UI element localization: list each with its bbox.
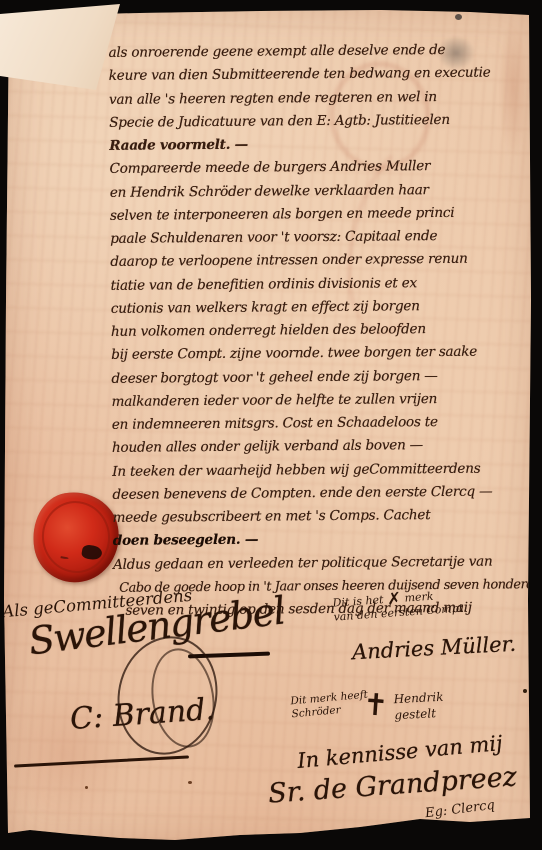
manuscript-line: In teeken der waarheijd hebben wij geCom…	[112, 457, 536, 484]
schroder-caption-line4: gestelt	[394, 705, 445, 724]
paper-speck	[188, 781, 192, 784]
paper-speck	[85, 786, 88, 789]
scanned-document: als onroerende geene exempt alle deselve…	[0, 0, 542, 850]
cross-mark: ✝	[362, 687, 390, 724]
manuscript-line: Aldus gedaan en verleeden ter politicque…	[113, 550, 537, 577]
schroder-mark-caption-right: Hendrik gestelt	[393, 689, 444, 724]
schroder-caption-line3: Hendrik	[393, 689, 444, 708]
manuscript-line: keure van dien Submitteerende ten bedwan…	[109, 61, 533, 88]
manuscript-line: bij eerste Compt. zijne voornde. twee bo…	[111, 340, 535, 367]
paper-speck	[534, 331, 539, 336]
manuscript-line: deesen benevens de Compten. ende den eer…	[112, 480, 536, 507]
manuscript-text: als onroerende geene exempt alle deselve…	[108, 38, 537, 623]
wax-seal-speck	[81, 544, 103, 561]
paper-speck	[523, 689, 527, 693]
paper-speck	[455, 14, 462, 20]
paper-sheet: als onroerende geene exempt alle deselve…	[0, 0, 542, 850]
paper-speck	[437, 831, 446, 836]
